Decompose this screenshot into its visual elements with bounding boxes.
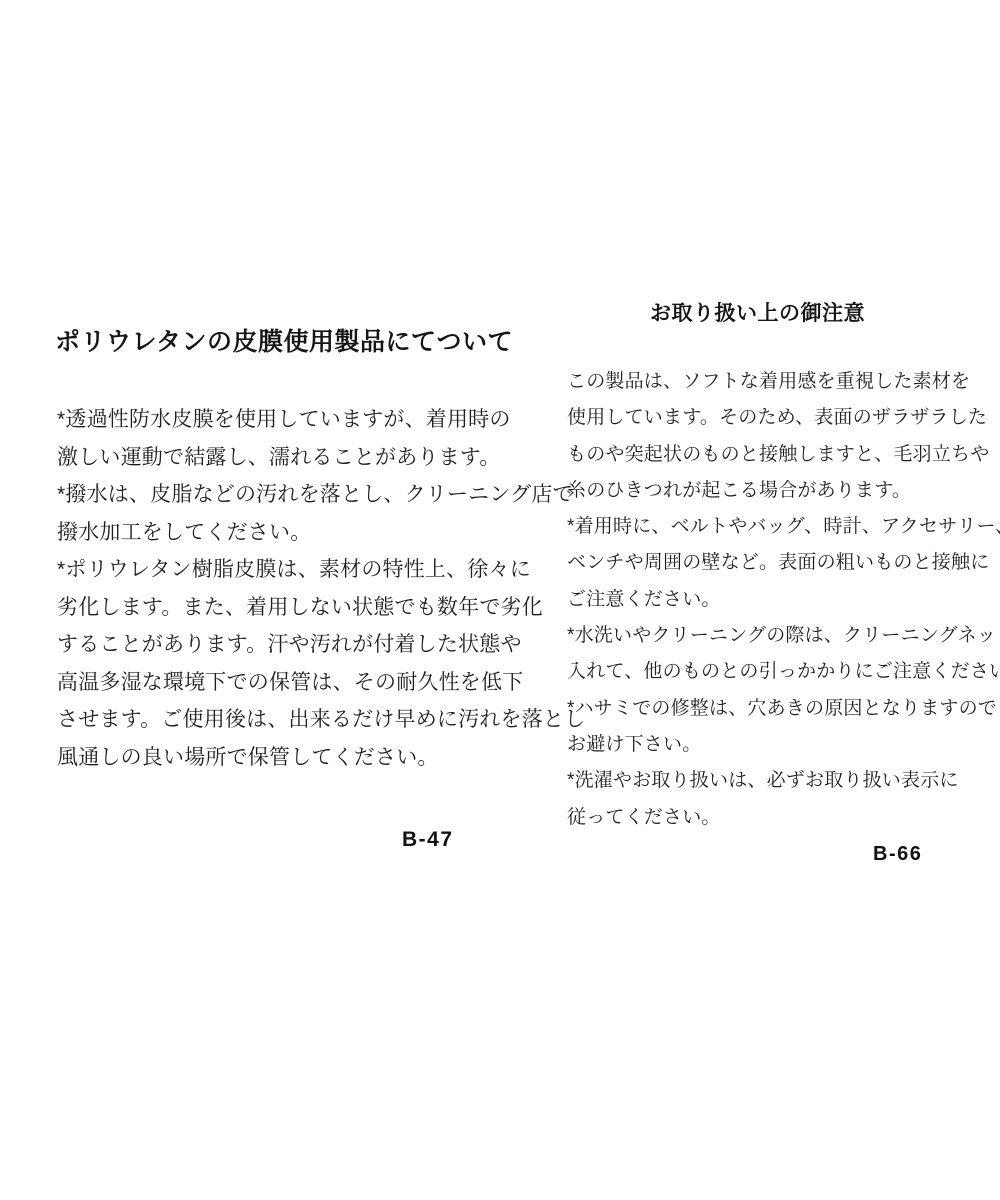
left-body-line: *透過性防水皮膜を使用していますが、着用時の — [57, 401, 585, 439]
left-panel-page-code: B-47 — [402, 828, 454, 852]
right-body-line: この製品は、ソフトな着用感を重視した素材を — [567, 364, 1000, 400]
right-body-line: 従ってください。 — [567, 800, 1000, 836]
right-panel-title: お取り扱い上の御注意 — [565, 297, 950, 327]
left-body-line: 撥水加工をしてください。 — [57, 514, 585, 552]
left-panel-body: *透過性防水皮膜を使用していますが、着用時の 激しい運動で結露し、濡れることがあ… — [57, 401, 585, 776]
left-body-line: することがあります。汗や汚れが付着した状態や — [57, 626, 585, 664]
right-body-line: *水洗いやクリーニングの際は、クリーニングネットに — [567, 618, 1000, 654]
care-instruction-sheet: ポリウレタンの皮膜使用製品にてついて *透過性防水皮膜を使用していますが、着用時… — [0, 0, 1000, 1200]
left-body-line: 劣化します。また、着用しない状態でも数年で劣化 — [57, 589, 585, 627]
right-body-line: ものや突起状のものと接触しますと、毛羽立ちや — [567, 437, 1000, 473]
right-body-line: *着用時に、ベルトやバッグ、時計、アクセサリー、 — [567, 509, 1000, 545]
right-body-line: お避け下さい。 — [567, 727, 1000, 763]
right-panel-body: この製品は、ソフトな着用感を重視した素材を 使用しています。そのため、表面のザラ… — [567, 364, 1000, 836]
left-body-line: 高温多湿な環境下での保管は、その耐久性を低下 — [57, 664, 585, 702]
right-body-line: 入れて、他のものとの引っかかりにご注意ください。 — [567, 654, 1000, 690]
right-panel-page-code: B-66 — [873, 843, 922, 866]
left-body-line: 激しい運動で結露し、濡れることがあります。 — [57, 439, 585, 477]
right-body-line: 使用しています。そのため、表面のザラザラした — [567, 400, 1000, 436]
right-body-line: *ハサミでの修整は、穴あきの原因となりますので — [567, 691, 1000, 727]
left-panel-title: ポリウレタンの皮膜使用製品にてついて — [55, 322, 495, 358]
right-body-line: *洗濯やお取り扱いは、必ずお取り扱い表示に — [567, 763, 1000, 799]
left-body-line: させます。ご使用後は、出来るだけ早めに汚れを落とし — [57, 701, 585, 739]
right-body-line: ご注意ください。 — [567, 582, 1000, 618]
left-body-line: *ポリウレタン樹脂皮膜は、素材の特性上、徐々に — [57, 551, 585, 589]
left-body-line: *撥水は、皮脂などの汚れを落とし、クリーニング店で — [57, 476, 585, 514]
right-body-line: ベンチや周囲の壁など。表面の粗いものと接触に — [567, 545, 1000, 581]
right-body-line: 糸のひきつれが起こる場合があります。 — [567, 473, 1000, 509]
left-body-line: 風通しの良い場所で保管してください。 — [57, 739, 585, 777]
